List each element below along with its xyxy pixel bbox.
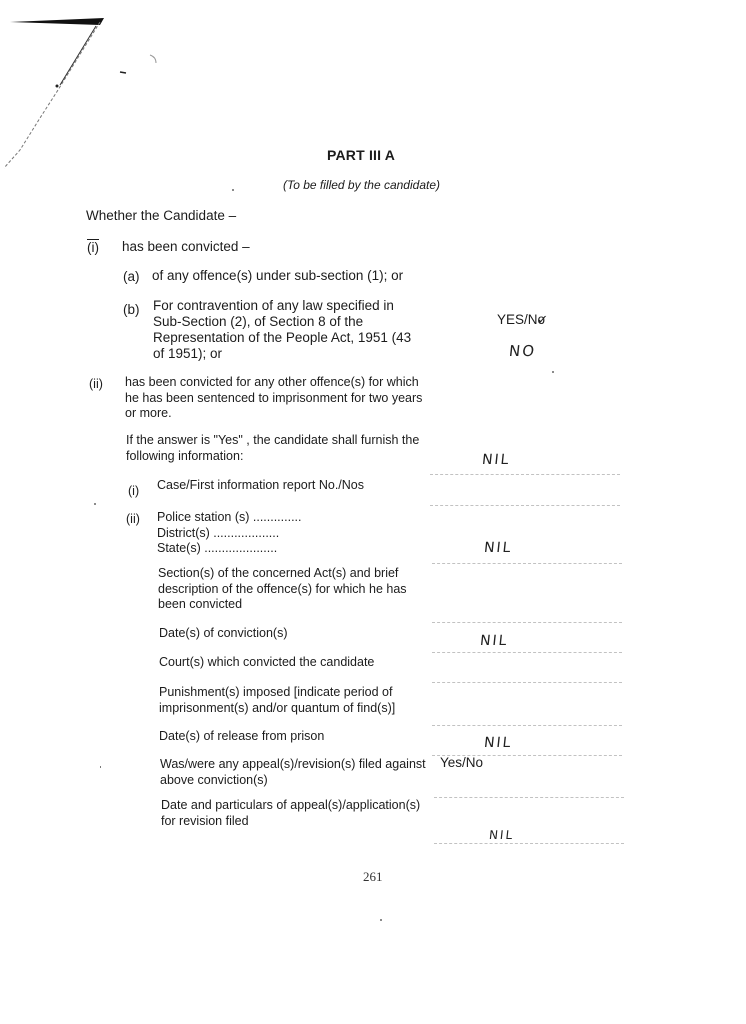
answer-line-conviction-date[interactable] [432, 622, 622, 623]
answer-line-release-date[interactable] [432, 725, 622, 726]
answer-line-police[interactable] [430, 505, 620, 506]
answer-line-punishment[interactable] [432, 682, 622, 683]
appeal-filed-line: above conviction(s) [160, 773, 426, 789]
answer-line-appeal-filed[interactable] [432, 755, 622, 756]
intro-text: Whether the Candidate – [86, 208, 236, 224]
punishment-label: Punishment(s) imposed [indicate period o… [159, 685, 427, 716]
section-ii-marker: (ii) [89, 377, 103, 393]
instruction-line: following information: [126, 449, 419, 465]
district-label: District(s) ................... [157, 526, 302, 542]
handwritten-nil-release-date[interactable]: NIL [483, 735, 513, 751]
yes-no-checkmark: ✓ [536, 313, 550, 328]
page-number: 261 [363, 869, 383, 885]
court-label: Court(s) which convicted the candidate [159, 655, 374, 671]
punishment-line: imprisonment(s) and/or quantum of find(s… [159, 701, 427, 717]
punishment-line: Punishment(s) imposed [indicate period o… [159, 685, 427, 701]
appeal-particulars-line: for revision filed [161, 814, 420, 830]
conviction-date-label: Date(s) of conviction(s) [159, 626, 288, 642]
item-a-text: of any offence(s) under sub-section (1);… [152, 268, 403, 284]
item-b-line: Representation of the People Act, 1951 (… [153, 330, 421, 346]
handwritten-nil-case-fir[interactable]: NIL [481, 452, 511, 468]
item-b-marker: (b) [123, 302, 140, 318]
police-labels: Police station (s) .............. Distri… [157, 510, 302, 557]
appeal-particulars-line: Date and particulars of appeal(s)/applic… [161, 798, 420, 814]
sections-line: been convicted [158, 597, 407, 613]
appeal-particulars-label: Date and particulars of appeal(s)/applic… [161, 798, 420, 829]
police-marker: (ii) [126, 512, 140, 528]
handwritten-nil-appeal-particulars[interactable]: NIL [488, 828, 515, 842]
item-b-line: of 1951); or [153, 346, 421, 362]
handwritten-nil-conviction-date[interactable]: NIL [479, 633, 509, 649]
scan-artifact-mark [0, 0, 200, 180]
sections-line: description of the offence(s) for which … [158, 582, 407, 598]
instruction-text: If the answer is "Yes" , the candidate s… [126, 433, 419, 464]
case-fir-marker: (i) [128, 484, 139, 500]
item-b-text: For contravention of any law specified i… [153, 298, 421, 362]
answer-line-court[interactable] [432, 652, 622, 653]
release-date-label: Date(s) of release from prison [159, 729, 324, 745]
item-a-marker: (a) [123, 269, 140, 285]
section-i-heading: has been convicted – [122, 239, 250, 255]
handwritten-nil-police[interactable]: NIL [483, 540, 513, 556]
sections-line: Section(s) of the concerned Act(s) and b… [158, 566, 407, 582]
section-ii-text: has been convicted for any other offence… [125, 375, 422, 422]
appeal-filed-label: Was/were any appeal(s)/revision(s) filed… [160, 757, 426, 788]
section-i-marker: (i) [87, 240, 99, 256]
scan-speck [552, 371, 554, 373]
item-b-line: For contravention of any law specified i… [153, 298, 421, 314]
item-b-line: Sub-Section (2), of Section 8 of the [153, 314, 421, 330]
police-station-label: Police station (s) .............. [157, 510, 302, 526]
answer-line-sections[interactable] [432, 563, 622, 564]
appeal-filed-line: Was/were any appeal(s)/revision(s) filed… [160, 757, 426, 773]
section-ii-line: or more. [125, 406, 422, 422]
instruction-line: If the answer is "Yes" , the candidate s… [126, 433, 419, 449]
section-ii-line: has been convicted for any other offence… [125, 375, 422, 391]
appeal-yes-no-options[interactable]: Yes/No [440, 755, 483, 771]
scan-speck [380, 919, 382, 921]
state-label: State(s) ..................... [157, 541, 302, 557]
answer-line-appeal-particulars-2[interactable] [434, 843, 624, 844]
scan-speck [100, 766, 101, 768]
case-fir-label: Case/First information report No./Nos [157, 478, 364, 494]
scan-speck [94, 503, 96, 505]
answer-line-case-fir[interactable] [430, 474, 620, 475]
page-title: PART III A [327, 147, 395, 163]
sections-label: Section(s) of the concerned Act(s) and b… [158, 566, 407, 613]
scan-speck [232, 189, 234, 191]
page-subtitle: (To be filled by the candidate) [283, 178, 440, 194]
section-ii-line: he has been sentenced to imprisonment fo… [125, 391, 422, 407]
answer-line-appeal-particulars-1[interactable] [434, 797, 624, 798]
handwritten-answer-no[interactable]: NO [508, 342, 537, 360]
